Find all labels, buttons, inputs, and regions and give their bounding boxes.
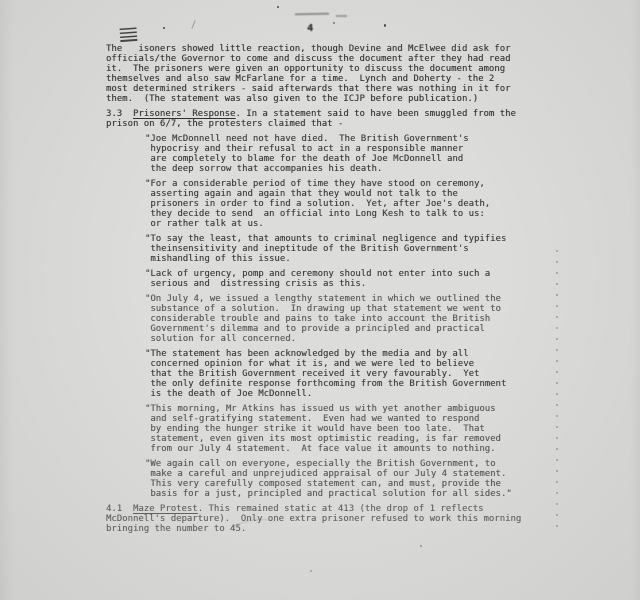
section-title: Maze Protest xyxy=(133,504,198,514)
document-text: The isoners showed little reaction, thou… xyxy=(106,44,586,539)
document-page: 4 The isoners showed little reaction, th… xyxy=(0,0,640,600)
page-number: 4 xyxy=(307,23,313,34)
scan-speck xyxy=(420,545,422,547)
scan-stray-mark xyxy=(191,20,195,29)
quote-paragraph: "For a considerable period of time they … xyxy=(145,179,586,229)
section-number: 4.1 xyxy=(106,504,133,514)
scan-speck xyxy=(310,570,312,572)
section-3-3-heading: 3.3 Prisoners' Response. In a statement … xyxy=(106,109,586,129)
scan-smudge xyxy=(336,15,347,17)
scan-speck xyxy=(163,27,165,29)
section-title: Prisoners' Response xyxy=(133,109,235,119)
section-number: 3.3 xyxy=(106,109,133,119)
intro-paragraph: The isoners showed little reaction, thou… xyxy=(106,44,586,104)
scan-speck xyxy=(384,24,386,27)
scan-smudge xyxy=(295,13,329,16)
quote-paragraph: "Lack of urgency, pomp and ceremony shou… xyxy=(145,269,586,289)
scan-speck xyxy=(277,6,279,8)
section-4-1-heading: 4.1 Maze Protest. This remained static a… xyxy=(106,504,586,534)
quote-paragraph: "The statement has been acknowledged by … xyxy=(145,349,586,399)
quote-paragraph: "Joe McDonnell need not have died. The B… xyxy=(145,134,586,174)
quote-paragraph: "To say the least, that amounts to crimi… xyxy=(145,234,586,264)
quote-paragraph: "This morning, Mr Atkins has issued us w… xyxy=(145,404,586,454)
quote-paragraph: "On July 4, we issued a lengthy statemen… xyxy=(145,294,586,344)
scan-speck xyxy=(333,22,335,24)
stamp-scribble-icon xyxy=(119,27,137,43)
quote-paragraph: "We again call on everyone, especially t… xyxy=(145,459,586,499)
